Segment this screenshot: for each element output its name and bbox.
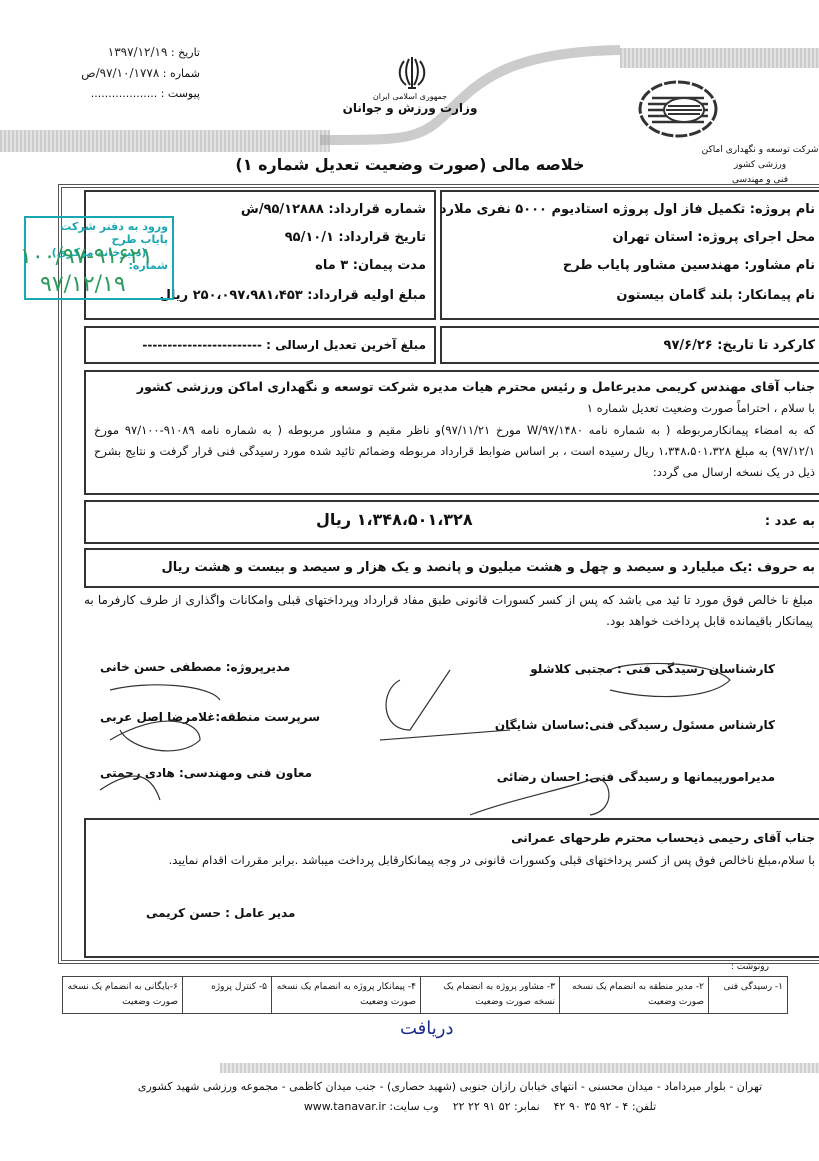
company-name: شرکت توسعه و نگهداری اماکن ورزشی کشور	[700, 143, 819, 173]
amount-in-words: به حروف :یک میلیارد و سیصد و چهل و هشت م…	[161, 560, 815, 575]
work-until-date: کارکرد تا تاریخ: ۹۷/۶/۲۶	[664, 338, 815, 353]
cc-item-project-consultant: ۳- مشاور پروژه به انضمام یک نسخه صورت وض…	[421, 977, 560, 1014]
last-adjustment-amount: مبلغ آخرین تعدیل ارسالی : --------------…	[142, 338, 426, 352]
ministry-name: وزارت ورزش و جوانان	[330, 101, 490, 115]
company-logo-icon	[638, 80, 718, 138]
initial-contract-amount: مبلغ اولیه قرارداد: ۲۵۰،۰۹۷،۹۸۱،۴۵۳ ریال	[160, 288, 426, 303]
amount-words-box: به حروف :یک میلیارد و سیصد و چهل و هشت م…	[84, 548, 819, 588]
instruction-body: با سلام،مبلغ ناخالص فوق پس از کسر پرداخت…	[94, 850, 815, 871]
instruction-addressee: جناب آقای رحیمی ذیحساب محترم طرحهای عمرا…	[94, 828, 815, 849]
cc-item-region-manager: ۲- مدیر منطقه به انضمام یک نسخه صورت وضع…	[560, 977, 709, 1014]
stamp-date-handwritten: ۹۷/۱۲/۱۹	[40, 272, 126, 297]
consultant-name: نام مشاور: مهندسین مشاور پایاب طرح	[563, 258, 815, 273]
instruction-box: جناب آقای رحیمی ذیحساب محترم طرحهای عمرا…	[84, 818, 819, 958]
footer-contact: تلفن: ۴ - ۹۲ ۳۵ ۹۰ ۴۲ نمابر: ۵۲ ۹۱ ۲۲ ۲۲…	[200, 1100, 760, 1113]
date-label: تاریخ :	[171, 46, 200, 59]
cc-item-technical-review: ۱- رسیدگی فنی	[709, 977, 788, 1014]
letter-box: جناب آقای مهندس کریمی مدیرعامل و رئیس مح…	[84, 370, 819, 495]
footer-address: تهران - بلوار میرداماد - میدان محسنی - ا…	[100, 1080, 800, 1093]
last-adjustment-box: مبلغ آخرین تعدیل ارسالی : --------------…	[84, 326, 436, 364]
attachment-label: پیوست :	[161, 87, 200, 100]
project-info-box: نام پروژه: تکمیل فاز اول پروژه استادیوم …	[440, 190, 819, 320]
project-name: نام پروژه: تکمیل فاز اول پروژه استادیوم …	[440, 202, 815, 217]
ministry-heading: جمهوری اسلامی ایران وزارت ورزش و جوانان	[330, 92, 490, 115]
handwritten-signatures	[90, 630, 810, 820]
ministry-country: جمهوری اسلامی ایران	[330, 92, 490, 101]
work-until-box: کارکرد تا تاریخ: ۹۷/۶/۲۶	[440, 326, 819, 364]
header-band-left	[0, 130, 330, 152]
letter-body: که به امضاء پیمانکارمربوطه ( به شماره نا…	[94, 420, 815, 483]
letter-meta: تاریخ : ۱۳۹۷/۱۲/۱۹ شماره : ۹۷/۱۰/۱۷۷۸/ص …	[60, 42, 200, 104]
cc-item-project-control: ۵- کنترل پروژه	[183, 977, 272, 1014]
footer-band	[220, 1063, 819, 1073]
payment-note: مبلغ نا خالص فوق مورد تا ئید می باشد که …	[84, 590, 813, 632]
company-heading: شرکت توسعه و نگهداری اماکن ورزشی کشور فن…	[700, 143, 819, 188]
iran-emblem-icon	[398, 55, 426, 91]
attachment-value: ...................	[91, 87, 157, 100]
contract-number: شماره قرارداد: ۹۵/۱۲۸۸۸/ش	[241, 202, 426, 217]
amount-numeric-box: به عدد : ۱،۳۴۸،۵۰۱،۳۲۸ ریال	[84, 500, 819, 544]
contractor-name: نام پیمانکار: بلند گامان بیستون	[616, 288, 815, 303]
cc-label: رونوشت :	[731, 962, 769, 972]
header-band-right	[620, 48, 819, 68]
footer-fax: نمابر: ۵۲ ۹۱ ۲۲ ۲۲	[453, 1100, 540, 1113]
stamp-line1: ورود به دفتر شرکت پایاب طرح	[30, 220, 168, 246]
instruction-signer: مدیر عامل : حسن کریمی	[146, 906, 295, 920]
handwritten-received-note: دریافت	[400, 1018, 453, 1039]
contract-date: تاریخ قرارداد: ۹۵/۱۰/۱	[285, 230, 426, 245]
project-location: محل اجرای پروژه: استان تهران	[613, 230, 815, 245]
footer-website-label: وب سایت:	[389, 1100, 438, 1113]
letter-greeting: با سلام ، احتراماً صورت وضعیت تعدیل شمار…	[94, 398, 815, 419]
letter-addressee: جناب آقای مهندس کریمی مدیرعامل و رئیس مح…	[94, 376, 815, 397]
document-title: خلاصه مالی (صورت وضعیت تعدیل شماره ۱)	[230, 155, 590, 174]
date-value: ۱۳۹۷/۱۲/۱۹	[108, 45, 168, 59]
cc-table: ۱- رسیدگی فنی ۲- مدیر منطقه به انضمام یک…	[62, 976, 788, 1014]
number-label: شماره :	[163, 67, 200, 80]
amount-numeric-label: به عدد :	[765, 514, 815, 529]
amount-numeric-value: ۱،۳۴۸،۵۰۱،۳۲۸ ریال	[316, 510, 473, 529]
cc-item-archive: ۶-بایگانی به انضمام یک نسخه صورت وضعیت	[63, 977, 183, 1014]
contract-duration: مدت پیمان: ۳ ماه	[315, 258, 426, 273]
number-value: ۹۷/۱۰/۱۷۷۸/ص	[81, 66, 159, 80]
footer-phone: تلفن: ۴ - ۹۲ ۳۵ ۹۰ ۴۲	[554, 1100, 657, 1113]
stamp-number-handwritten: ۱۰۰/۹۷-۹۱۶۲۱	[20, 244, 153, 269]
footer-website-link[interactable]: www.tanavar.ir	[304, 1100, 386, 1113]
cc-item-project-contractor: ۴- پیمانکار پروژه به انضمام یک نسخه صورت…	[272, 977, 421, 1014]
